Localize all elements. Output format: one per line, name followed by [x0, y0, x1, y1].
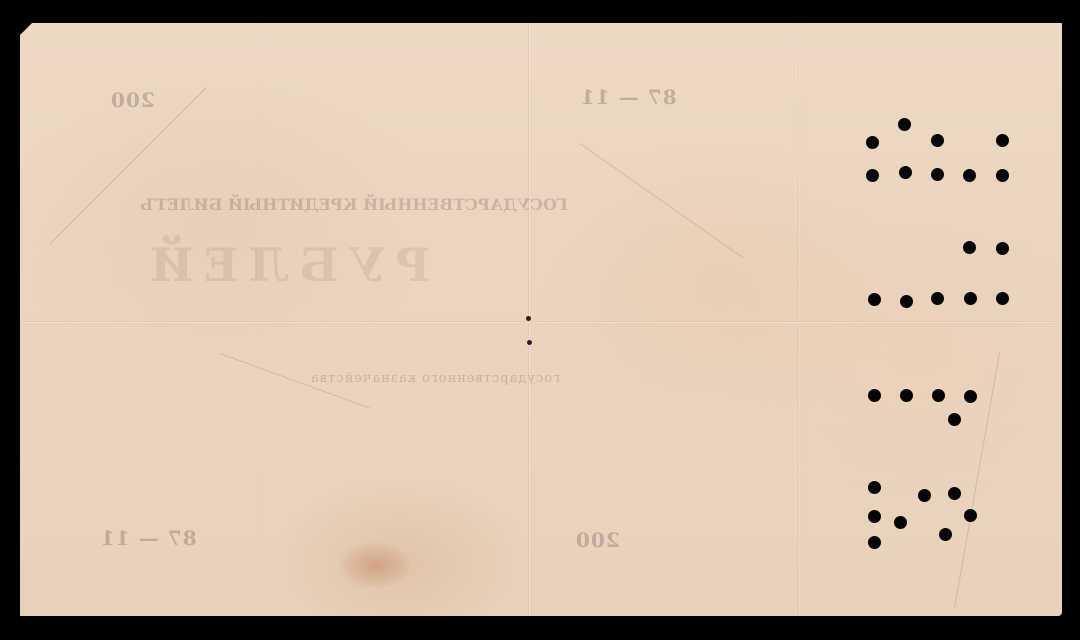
- perforation-hole: [900, 389, 913, 402]
- perforation-hole: [996, 134, 1009, 147]
- serial-top-center: 87 — 11: [580, 85, 677, 109]
- perforation-hole: [963, 241, 976, 254]
- perforation-hole: [898, 118, 911, 131]
- small-line-text: государственного казначейства: [310, 371, 560, 386]
- fold-left: [257, 23, 260, 616]
- perforation-hole: [868, 510, 881, 523]
- banknote-reverse: 87 — 11 200 ГОСУДАРСТВЕННЫЙ КРЕДИТНЫЙ БИ…: [20, 23, 1062, 616]
- perforation-hole: [868, 293, 881, 306]
- perforation-hole: [900, 295, 913, 308]
- perforation-hole: [948, 413, 961, 426]
- fold-wear-mark: [526, 316, 531, 321]
- perforation-hole: [939, 528, 952, 541]
- perforation-hole: [964, 292, 977, 305]
- perforation-hole: [996, 169, 1009, 182]
- fold-wear-mark: [527, 340, 532, 345]
- serial-bottom-left: 87 — 11: [100, 526, 197, 550]
- serial-bottom-center: 200: [575, 528, 620, 552]
- perforation-hole: [931, 168, 944, 181]
- center-fold-horizontal: [20, 321, 1062, 324]
- serial-top-left: 200: [110, 88, 155, 112]
- perforation-hole: [932, 389, 945, 402]
- perforation-hole: [964, 390, 977, 403]
- perforation-hole: [996, 292, 1009, 305]
- perforation-hole: [899, 166, 912, 179]
- perforation-hole: [964, 509, 977, 522]
- denomination-text: РУБЛЕЙ: [140, 238, 430, 292]
- perforation-hole: [931, 134, 944, 147]
- stain: [340, 543, 410, 588]
- perforation-hole: [894, 516, 907, 529]
- perforation-hole: [866, 136, 879, 149]
- perforation-hole: [866, 169, 879, 182]
- perforation-hole: [948, 487, 961, 500]
- perforation-hole: [868, 536, 881, 549]
- perforation-hole: [931, 292, 944, 305]
- perforation-hole: [868, 481, 881, 494]
- perforation-hole: [918, 489, 931, 502]
- perforation-hole: [996, 242, 1009, 255]
- banner-text: ГОСУДАРСТВЕННЫЙ КРЕДИТНЫЙ БИЛЕТЪ: [140, 195, 568, 214]
- fold-right: [798, 23, 801, 616]
- perforation-hole: [868, 389, 881, 402]
- perforation-hole: [963, 169, 976, 182]
- crease: [954, 353, 1000, 609]
- crease: [579, 143, 743, 259]
